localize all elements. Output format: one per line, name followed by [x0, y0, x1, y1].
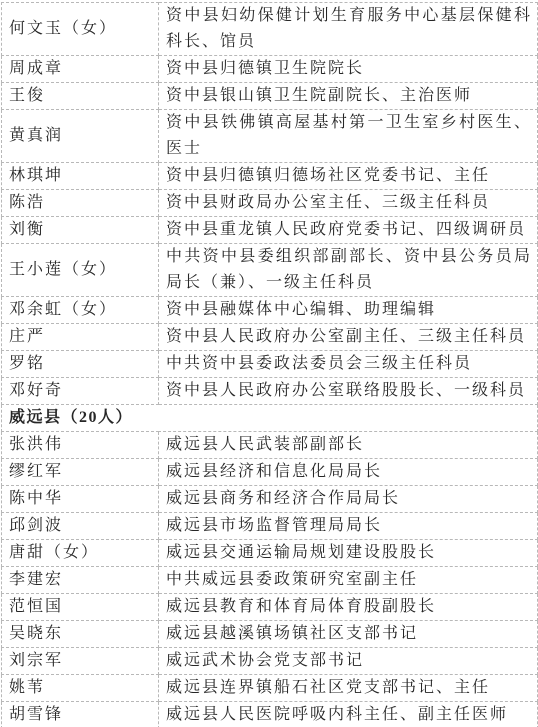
person-position: 资中县人民政府办公室联络股股长、一级科员 [159, 378, 538, 405]
table-row: 邱剑波 威远县市场监督管理局局长 [2, 513, 538, 540]
person-position: 威远县连界镇船石社区党支部书记、主任 [159, 675, 538, 702]
table-row: 陈中华 威远县商务和经济合作局局长 [2, 486, 538, 513]
table-row: 黄真润 资中县铁佛镇高屋基村第一卫生室乡村医生、医士 [2, 110, 538, 163]
person-name: 刘衡 [2, 217, 159, 244]
person-position: 资中县妇幼保健计划生育服务中心基层保健科科长、馆员 [159, 3, 538, 56]
person-name: 王俊 [2, 83, 159, 110]
person-name: 周成章 [2, 56, 159, 83]
person-name: 吴晓东 [2, 621, 159, 648]
table-row: 王小莲（女） 中共资中县委组织部副部长、资中县公务员局局长（兼）、一级主任科员 [2, 244, 538, 297]
table-row: 陈浩 资中县财政局办公室主任、三级主任科员 [2, 190, 538, 217]
table-row: 庄严 资中县人民政府办公室副主任、三级主任科员 [2, 324, 538, 351]
table-row: 周成章 资中县归德镇卫生院院长 [2, 56, 538, 83]
person-position: 资中县人民政府办公室副主任、三级主任科员 [159, 324, 538, 351]
roster-table: 何文玉（女） 资中县妇幼保健计划生育服务中心基层保健科科长、馆员 周成章 资中县… [1, 2, 538, 727]
roster-table-body: 何文玉（女） 资中县妇幼保健计划生育服务中心基层保健科科长、馆员 周成章 资中县… [2, 3, 538, 727]
person-position: 资中县铁佛镇高屋基村第一卫生室乡村医生、医士 [159, 110, 538, 163]
table-row: 李建宏 中共威远县委政策研究室副主任 [2, 567, 538, 594]
person-name: 邓余虹（女） [2, 297, 159, 324]
person-name: 邱剑波 [2, 513, 159, 540]
person-name: 缪红军 [2, 459, 159, 486]
person-position: 威远县商务和经济合作局局长 [159, 486, 538, 513]
document-page: 何文玉（女） 资中县妇幼保健计划生育服务中心基层保健科科长、馆员 周成章 资中县… [0, 0, 538, 727]
person-name: 刘宗军 [2, 648, 159, 675]
person-name: 陈浩 [2, 190, 159, 217]
person-position: 威远县市场监督管理局局长 [159, 513, 538, 540]
person-position: 威远武术协会党支部书记 [159, 648, 538, 675]
person-position: 资中县归德镇卫生院院长 [159, 56, 538, 83]
section-header-row: 威远县（20人） [2, 405, 538, 432]
person-name: 何文玉（女） [2, 3, 159, 56]
table-row: 何文玉（女） 资中县妇幼保健计划生育服务中心基层保健科科长、馆员 [2, 3, 538, 56]
person-position: 威远县教育和体育局体育股副股长 [159, 594, 538, 621]
table-row: 胡雪锋 威远县人民医院呼吸内科主任、副主任医师 [2, 702, 538, 727]
table-row: 刘宗军 威远武术协会党支部书记 [2, 648, 538, 675]
person-position: 威远县人民武装部副部长 [159, 432, 538, 459]
person-position: 资中县财政局办公室主任、三级主任科员 [159, 190, 538, 217]
person-position: 威远县经济和信息化局局长 [159, 459, 538, 486]
person-position: 威远县越溪镇场镇社区支部书记 [159, 621, 538, 648]
person-name: 范恒国 [2, 594, 159, 621]
person-name: 唐甜（女） [2, 540, 159, 567]
person-position: 威远县人民医院呼吸内科主任、副主任医师 [159, 702, 538, 727]
person-position: 威远县交通运输局规划建设股股长 [159, 540, 538, 567]
person-name: 姚苇 [2, 675, 159, 702]
table-row: 张洪伟 威远县人民武装部副部长 [2, 432, 538, 459]
person-name: 庄严 [2, 324, 159, 351]
table-row: 姚苇 威远县连界镇船石社区党支部书记、主任 [2, 675, 538, 702]
person-name: 张洪伟 [2, 432, 159, 459]
table-row: 缪红军 威远县经济和信息化局局长 [2, 459, 538, 486]
person-position: 资中县银山镇卫生院副院长、主治医师 [159, 83, 538, 110]
table-row: 范恒国 威远县教育和体育局体育股副股长 [2, 594, 538, 621]
table-row: 罗铭 中共资中县委政法委员会三级主任科员 [2, 351, 538, 378]
person-position: 中共威远县委政策研究室副主任 [159, 567, 538, 594]
table-row: 唐甜（女） 威远县交通运输局规划建设股股长 [2, 540, 538, 567]
person-position: 中共资中县委组织部副部长、资中县公务员局局长（兼）、一级主任科员 [159, 244, 538, 297]
person-name: 王小莲（女） [2, 244, 159, 297]
table-row: 邓余虹（女） 资中县融媒体中心编辑、助理编辑 [2, 297, 538, 324]
person-position: 中共资中县委政法委员会三级主任科员 [159, 351, 538, 378]
table-row: 刘衡 资中县重龙镇人民政府党委书记、四级调研员 [2, 217, 538, 244]
person-name: 李建宏 [2, 567, 159, 594]
person-name: 胡雪锋 [2, 702, 159, 727]
person-position: 资中县归德镇归德场社区党委书记、主任 [159, 163, 538, 190]
person-position: 资中县融媒体中心编辑、助理编辑 [159, 297, 538, 324]
section-header-label: 威远县（20人） [2, 405, 538, 432]
person-name: 陈中华 [2, 486, 159, 513]
table-row: 林琪坤 资中县归德镇归德场社区党委书记、主任 [2, 163, 538, 190]
table-row: 邓好奇 资中县人民政府办公室联络股股长、一级科员 [2, 378, 538, 405]
person-position: 资中县重龙镇人民政府党委书记、四级调研员 [159, 217, 538, 244]
person-name: 黄真润 [2, 110, 159, 163]
person-name: 邓好奇 [2, 378, 159, 405]
table-row: 吴晓东 威远县越溪镇场镇社区支部书记 [2, 621, 538, 648]
person-name: 罗铭 [2, 351, 159, 378]
table-row: 王俊 资中县银山镇卫生院副院长、主治医师 [2, 83, 538, 110]
person-name: 林琪坤 [2, 163, 159, 190]
